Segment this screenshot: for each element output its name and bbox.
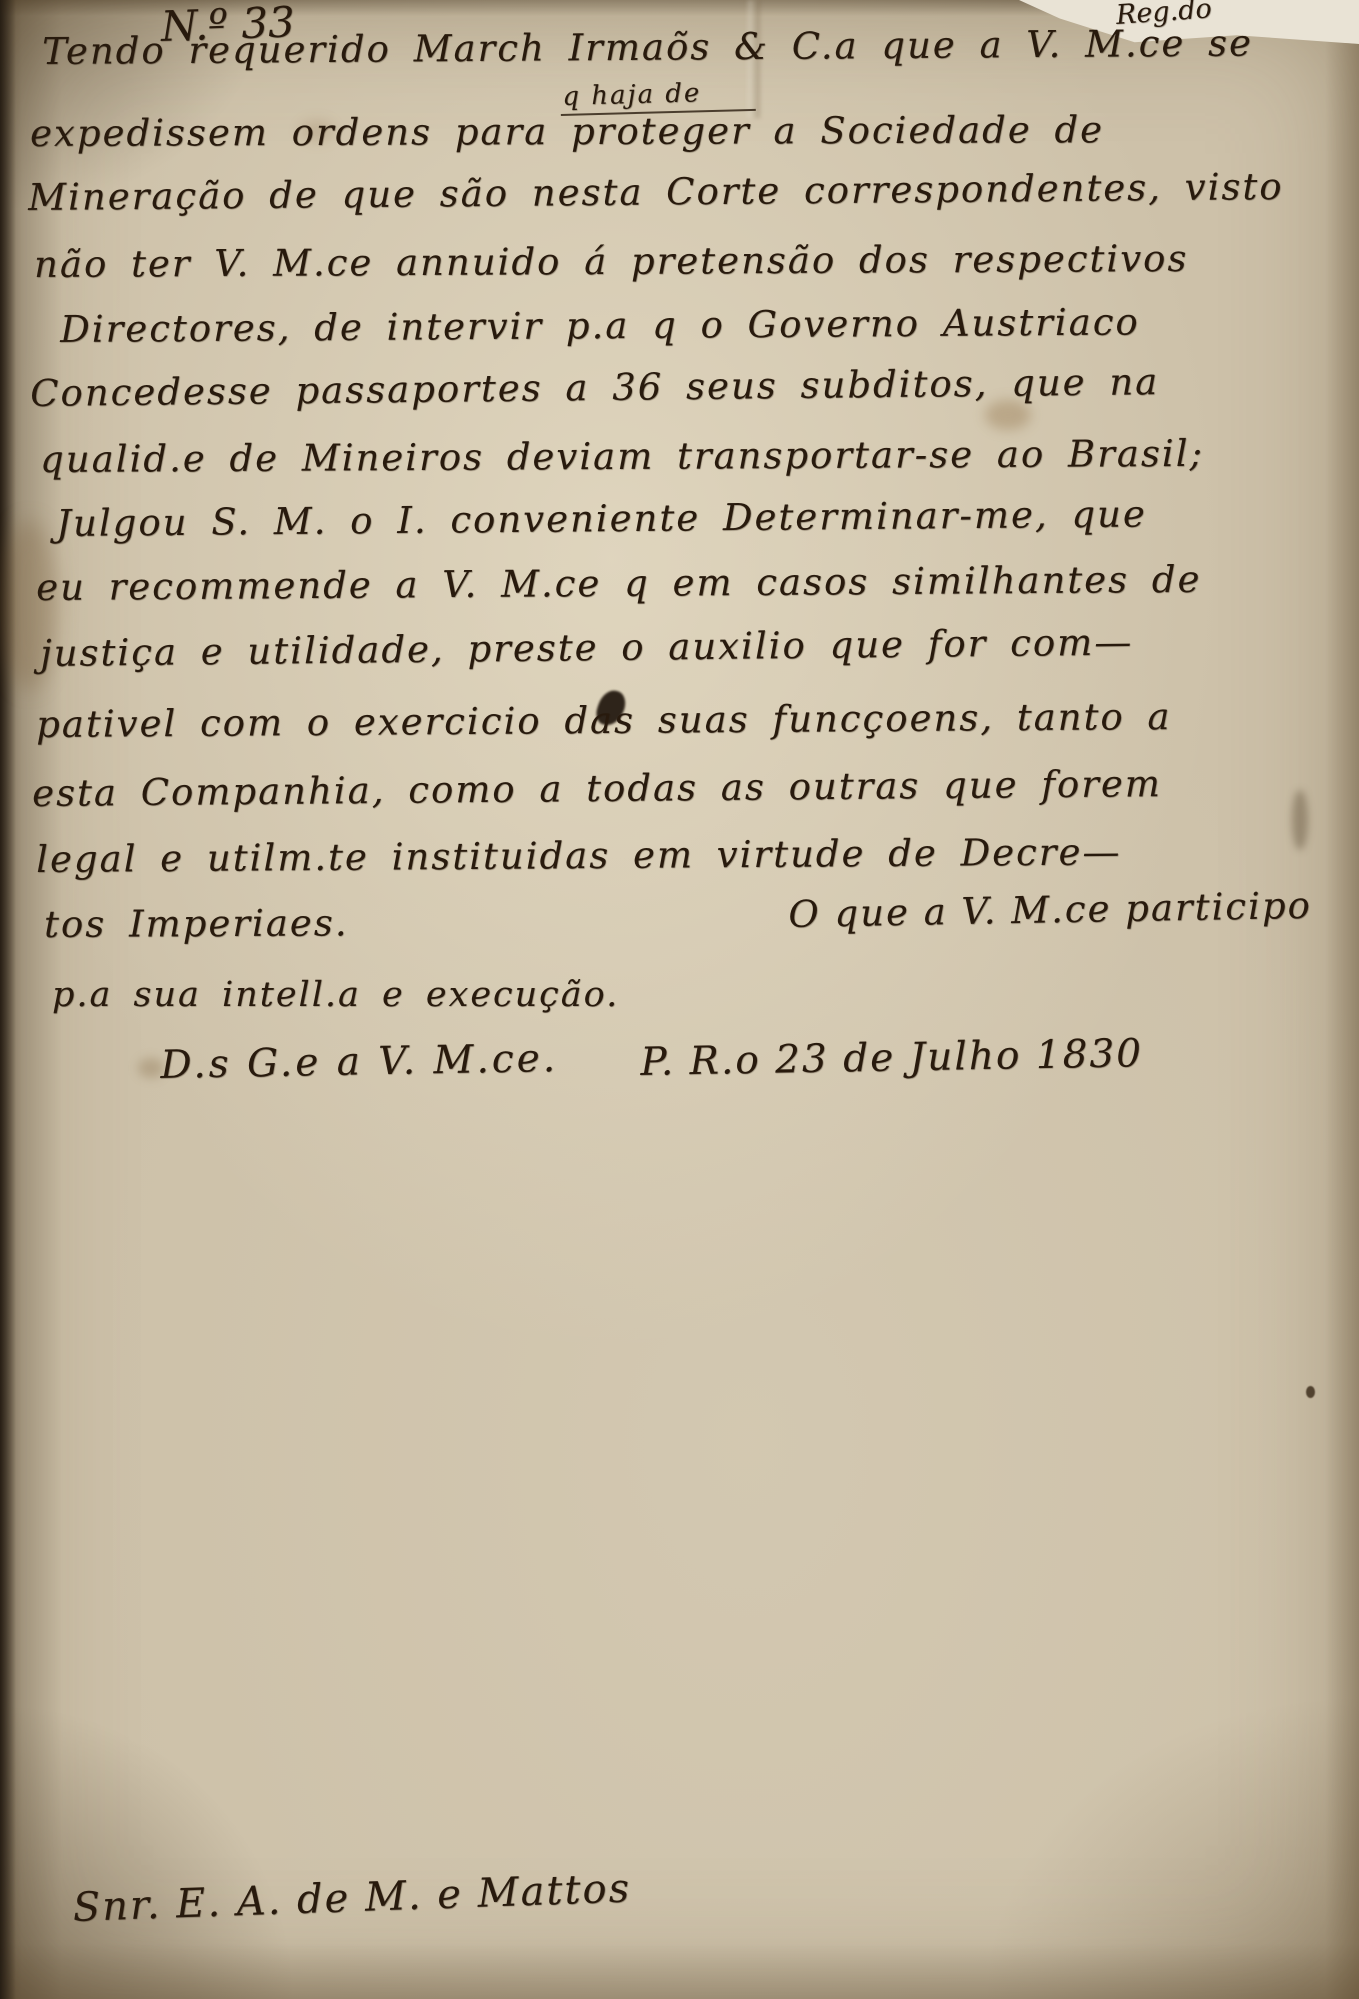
manuscript-line: tos Imperiaes. <box>44 901 349 946</box>
manuscript-line: expedissem ordens para proteger a Socied… <box>30 108 1104 155</box>
manuscript-line: eu recommende a V. M.ce q em casos simil… <box>36 558 1202 609</box>
manuscript-line: legal e utilm.te instituidas em virtude … <box>36 830 1122 881</box>
addressee-line: Snr. E. A. de M. e Mattos <box>72 1866 632 1931</box>
binding-shadow <box>0 0 16 1999</box>
manuscript-line: justiça e utilidade, preste o auxilio qu… <box>40 621 1133 675</box>
stain <box>1292 790 1308 850</box>
manuscript-line: Tendo requerido March Irmaõs & C.a que a… <box>42 22 1253 73</box>
closing-continuation: p.a sua intell.a e execução. <box>52 975 619 1015</box>
manuscript-line: não ter V. M.ce annuido á pretensão dos … <box>34 237 1188 286</box>
dateline: P. R.o 23 de Julho 1830 <box>640 1031 1143 1085</box>
manuscript-line: pativel com o exercicio das suas funcçoe… <box>36 695 1172 746</box>
closing-phrase: O que a V. M.ce participo <box>788 884 1312 936</box>
manuscript-line: Directores, de intervir p.a q o Governo … <box>60 300 1140 351</box>
valediction: D.s G.e a V. M.ce. <box>160 1036 558 1088</box>
manuscript-line: Mineração de que são nesta Corte corresp… <box>28 165 1284 219</box>
stain <box>1306 1386 1315 1398</box>
manuscript-line: Julgou S. M. o I. conveniente Determinar… <box>56 492 1147 545</box>
manuscript-line: esta Companhia, como a todas as outras q… <box>32 762 1162 815</box>
manuscript-line: qualid.e de Mineiros deviam transportar-… <box>40 432 1204 481</box>
manuscript-scan: N.º 33 Reg.do Tendo requerido March Irma… <box>0 0 1359 1999</box>
